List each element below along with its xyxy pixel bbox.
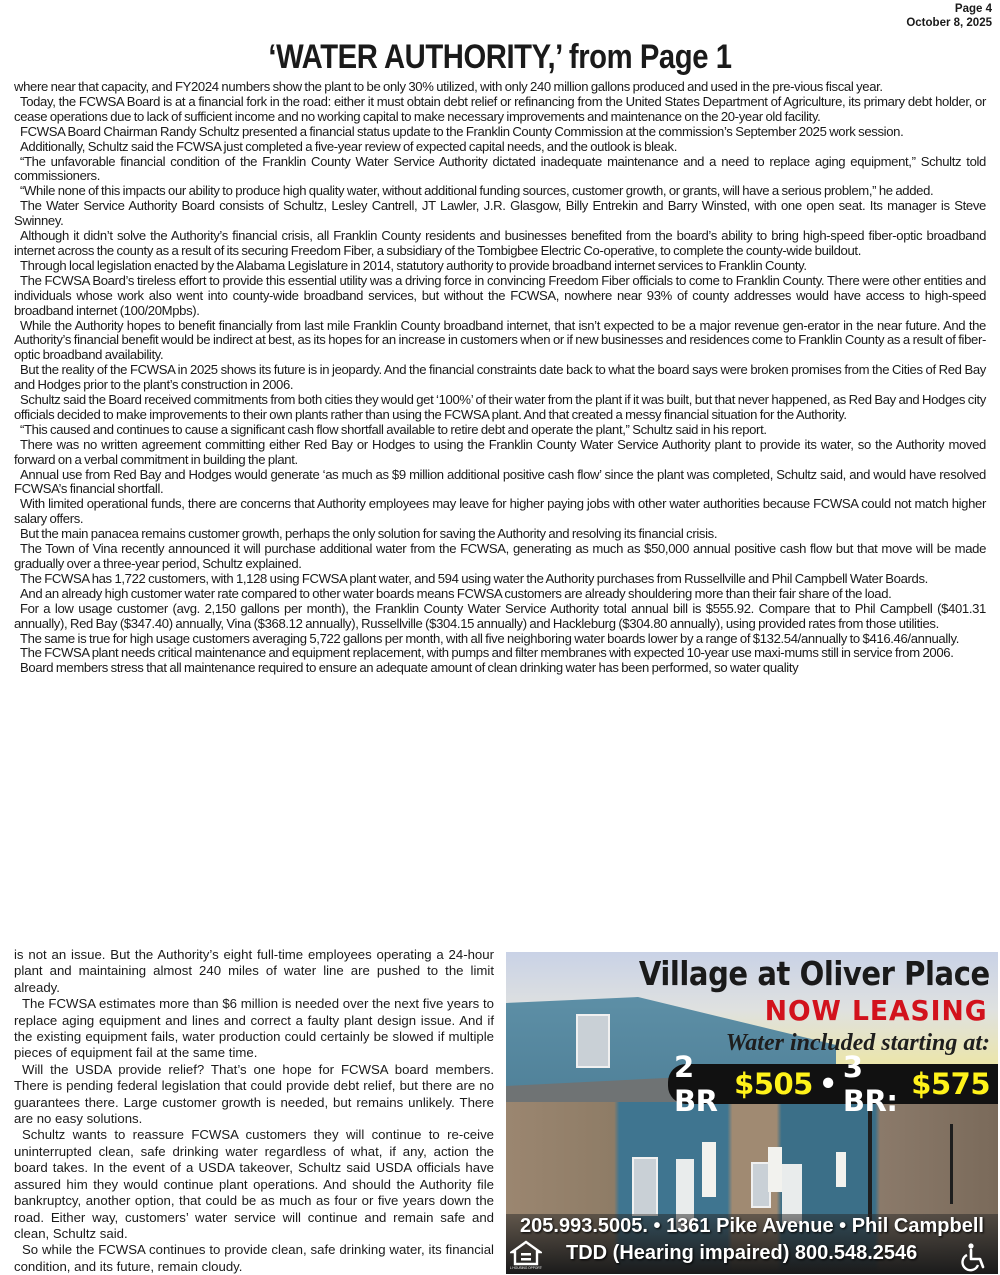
paragraph: “This caused and continues to cause a si… [14,423,986,438]
paragraph: While the Authority hopes to benefit fin… [14,319,986,364]
paragraph: The FCWSA Board’s tireless effort to pro… [14,274,986,319]
paragraph: Through local legislation enacted by the… [14,259,986,274]
svg-text:EQUAL HOUSING OPPORTUNITY: EQUAL HOUSING OPPORTUNITY [510,1266,542,1270]
paragraph: The FCWSA estimates more than $6 million… [14,996,494,1062]
paragraph: With limited operational funds, there ar… [14,497,986,527]
paragraph: FCWSA Board Chairman Randy Schultz prese… [14,125,986,140]
article-body-full-width: where near that capacity, and FY2024 num… [14,80,986,676]
paragraph: For a low usage customer (avg. 2,150 gal… [14,602,986,632]
paragraph: “The unfavorable financial condition of … [14,155,986,185]
paragraph: The Water Service Authority Board consis… [14,199,986,229]
paragraph: where near that capacity, and FY2024 num… [14,80,986,95]
paragraph: The FCWSA plant needs critical maintenan… [14,646,986,661]
article-headline: ‘WATER AUTHORITY,’ from Page 1 [70,38,930,77]
ad-price-bar: 2 BR $505 • 3 BR: $575 [668,1064,998,1104]
price-3br-label: 3 BR: [843,1050,905,1118]
equal-housing-icon: EQUAL HOUSING OPPORTUNITY [510,1240,542,1272]
page-number: Page 4 [906,2,992,16]
ad-title: Village at Oliver Place [639,954,990,993]
paragraph: So while the FCWSA continues to provide … [14,1242,494,1275]
paragraph: Schultz said the Board received commitme… [14,393,986,423]
paragraph: Will the USDA provide relief? That’s one… [14,1062,494,1128]
ad-contact-line: 205.993.5005. • 1361 Pike Avenue • Phil … [506,1215,998,1238]
paragraph: Today, the FCWSA Board is at a financial… [14,95,986,125]
paragraph: There was no written agreement committin… [14,438,986,468]
paragraph: Although it didn’t solve the Authority’s… [14,229,986,259]
paragraph: Additionally, Schultz said the FCWSA jus… [14,140,986,155]
wheelchair-accessible-icon [958,1242,988,1272]
price-2br-label: 2 BR [674,1050,728,1118]
porch-pillar [702,1142,716,1197]
porch-pillar [836,1152,846,1187]
paragraph: is not an issue. But the Authority’s eig… [14,947,494,996]
price-2br: $505 [734,1067,813,1101]
paragraph: Board members stress that all maintenanc… [14,661,986,676]
article-body-column: is not an issue. But the Authority’s eig… [14,947,494,1275]
ad-tdd-line: TDD (Hearing impaired) 800.548.2546 [566,1242,917,1265]
paragraph: “While none of this impacts our ability … [14,184,986,199]
paragraph: But the reality of the FCWSA in 2025 sho… [14,363,986,393]
paragraph: The Town of Vina recently announced it w… [14,542,986,572]
porch-pillar [768,1147,782,1192]
building-window [576,1014,610,1068]
price-3br: $575 [911,1067,990,1101]
ad-now-leasing: NOW LEASING [765,994,988,1027]
apartment-advertisement: Village at Oliver Place NOW LEASING Wate… [506,952,998,1274]
paragraph: But the main panacea remains customer gr… [14,527,986,542]
paragraph: And an already high customer water rate … [14,587,986,602]
issue-date: October 8, 2025 [906,16,992,30]
paragraph: Annual use from Red Bay and Hodges would… [14,468,986,498]
paragraph: The FCWSA has 1,722 customers, with 1,12… [14,572,986,587]
paragraph: The same is true for high usage customer… [14,632,986,647]
building-window [632,1157,658,1216]
page-header: Page 4 October 8, 2025 [906,2,992,30]
street-lamp-pole [950,1124,953,1204]
price-separator: • [819,1067,837,1101]
paragraph: Schultz wants to reassure FCWSA customer… [14,1127,494,1242]
